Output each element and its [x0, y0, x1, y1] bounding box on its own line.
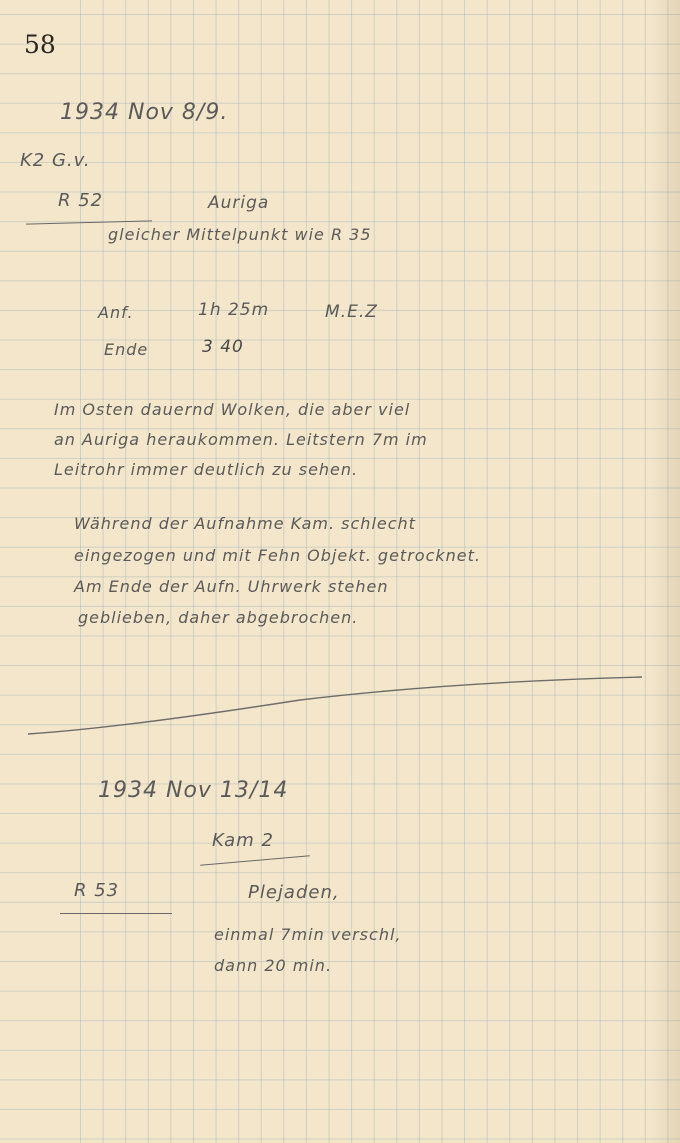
remark-line: Am Ende der Aufn. Uhrwerk stehen: [74, 577, 389, 596]
entry2-date: 1934 Nov 13/14: [98, 778, 288, 803]
remark-line: an Auriga heraukommen. Leitstern 7m im: [54, 430, 428, 449]
entry1-object: Auriga: [208, 193, 269, 213]
end-label: Ende: [104, 340, 148, 359]
remark-line: Im Osten dauernd Wolken, die aber viel: [54, 400, 410, 419]
remark-line: Während der Aufnahme Kam. schlecht: [74, 514, 416, 533]
start-label: Anf.: [98, 303, 134, 322]
entry2-plate-id: R 53: [74, 880, 119, 901]
entry1-date: 1934 Nov 8/9.: [60, 100, 228, 125]
entry1-camera: K2 G.v.: [20, 150, 91, 171]
entry2-object: Plejaden,: [248, 882, 340, 903]
plate-id-underline: [26, 220, 152, 224]
exposure-note: dann 20 min.: [214, 956, 332, 975]
end-time: 3 40: [202, 337, 244, 357]
entry1-plate-id: R 52: [58, 190, 103, 211]
remark-line: eingezogen und mit Fehn Objekt. getrockn…: [74, 546, 481, 565]
camera-underline: [200, 855, 310, 866]
entry1-center-note: gleicher Mittelpunkt wie R 35: [108, 225, 372, 244]
timezone: M.E.Z: [325, 302, 378, 322]
entry2-camera: Kam 2: [212, 830, 274, 851]
exposure-note: einmal 7min verschl,: [214, 925, 401, 944]
page-number: 58: [24, 30, 56, 59]
separator-line: [0, 670, 680, 750]
notebook-page: 58 1934 Nov 8/9. K2 G.v. R 52 Auriga gle…: [0, 0, 680, 1143]
remark-line: geblieben, daher abgebrochen.: [78, 608, 358, 627]
remark-line: Leitrohr immer deutlich zu sehen.: [54, 460, 358, 479]
plate-id-underline: [60, 913, 172, 914]
start-time: 1h 25m: [198, 300, 269, 320]
